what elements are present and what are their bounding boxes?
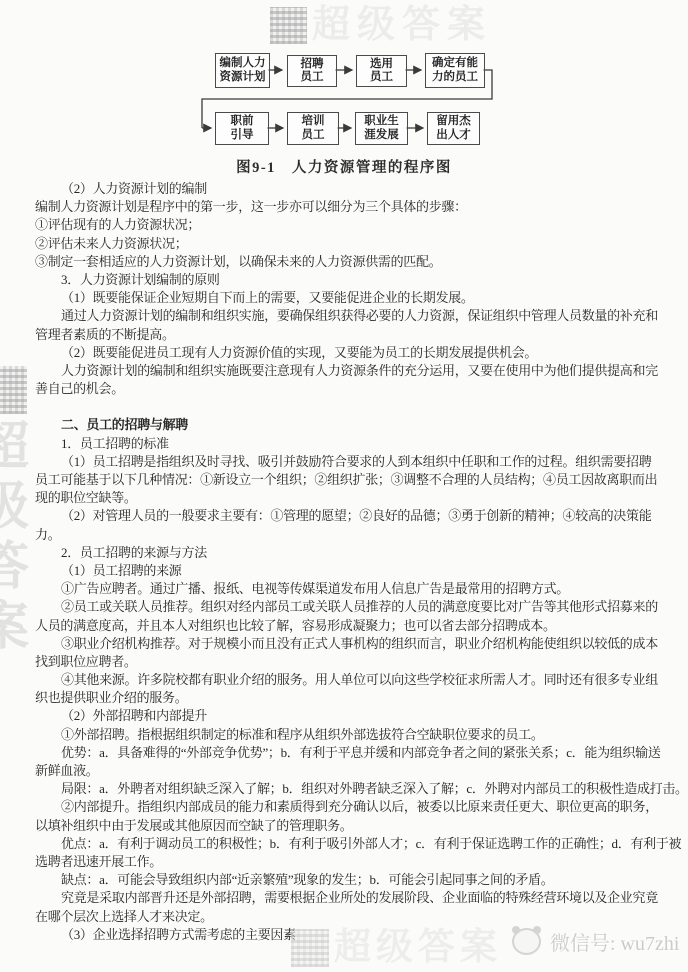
text-line: （2）既要能促进员工现有人力资源价值的实现，又要能为员工的长期发展提供机会。 — [35, 344, 663, 362]
text-line: ②内部提升。指组织内部成员的能力和素质得到充分确认以后，被委以比原来责任更大、职… — [35, 798, 663, 816]
text-line: 究竟是采取内部晋升还是外部招聘，需要根据企业所处的发展阶段、企业面临的特殊经营环… — [35, 889, 663, 907]
flow-box-select: 选用 员工 — [356, 55, 407, 87]
document-body: （2）人力资源计划的编制编制人力资源计划是程序中的第一步，这一步亦可以细分为三个… — [35, 180, 663, 944]
text-line: 新鲜血液。 — [35, 762, 663, 780]
text-line: 现的职位空缺等。 — [35, 489, 663, 507]
flow-box-career-dev: 职业生 涯发展 — [355, 112, 408, 145]
watermark-text: 超级答案 — [334, 928, 502, 968]
text-line: 选聘者迅速开展工作。 — [35, 853, 663, 871]
text-line: ③制定一套相适应的人力资源计划，以确保未来的人力资源供需的匹配。 — [35, 253, 663, 271]
text-line: 找到职位应聘者。 — [35, 653, 663, 671]
text-line: （1）员工招聘是指组织及时寻找、吸引并鼓励符合要求的人到本组织中任职和工作的过程… — [35, 453, 663, 471]
text-line: （2）外部招聘和内部提升 — [35, 707, 663, 725]
text-line: 2．员工招聘的来源与方法 — [35, 544, 663, 562]
flow-box-train: 培训 员工 — [287, 112, 339, 145]
watermark-left: 超级答案 — [0, 366, 32, 658]
flowchart-arrows — [0, 0, 688, 180]
text-line: 以填补组织中由于发展或其他原因而空缺了的管理职务。 — [35, 817, 663, 835]
text-line: 管理者素质的不断提高。 — [35, 326, 663, 344]
text-line: ③职业介绍机构推荐。对于规模小而且没有正式人事机构的组织而言，职业介绍机构能使组… — [35, 635, 663, 653]
text-line: 3．人力资源计划编制的原则 — [35, 271, 663, 289]
flow-box-recruit: 招聘 员工 — [287, 55, 337, 87]
text-line: 缺点：a．可能会导致组织内部“近亲繁殖”现象的发生；b．可能会引起同事之间的矛盾… — [35, 871, 663, 889]
text-line: （2）对管理人员的一般要求主要有：①管理的愿望；②良好的品德；③勇于创新的精神；… — [35, 507, 663, 525]
text-line: ①评估现有的人力资源状况； — [35, 216, 663, 234]
text-line: 人力资源计划的编制和组织实施既要注意现有人力资源条件的充分运用，又要在使用中为他… — [35, 362, 663, 380]
text-line: ①外部招聘。指根据组织制定的标准和程序从组织外部选拔符合空缺职位要求的员工。 — [35, 726, 663, 744]
text-line: 织也提供职业介绍的服务。 — [35, 689, 663, 707]
text-line: ②评估未来人力资源状况； — [35, 235, 663, 253]
figure-caption: 图9-1 人力资源管理的程序图 — [0, 156, 688, 177]
text-line: 通过人力资源计划的编制和组织实施，要确保组织获得必要的人力资源，保证组织中管理人… — [35, 307, 663, 325]
text-line: ④其他来源。许多院校都有职业介绍的服务。用人单位可以向这些学校征求所需人才。同时… — [35, 671, 663, 689]
flow-box-retain-talent: 留用杰 出人才 — [427, 112, 480, 145]
watermark-bottom: 超级答案 — [291, 928, 502, 968]
text-line: 优点：a．有利于调动员工的积极性；b．有利于吸引外部人才；c．有利于保证选聘工作… — [35, 835, 663, 853]
text-line: （1）既要能保证企业短期自下而上的需要，又要能促进企业的长期发展。 — [35, 289, 663, 307]
text-line: ②员工或关联人员推荐。组织对经内部员工或关联人员推荐的人员的满意度要比对广告等其… — [35, 598, 663, 616]
text-line: 在哪个层次上选择人才来决定。 — [35, 908, 663, 926]
wechat-logo-icon — [512, 928, 541, 955]
text-line: 二、员工的招聘与解聘 — [35, 416, 663, 434]
qr-code-icon — [291, 929, 329, 967]
text-line: 编制人力资源计划是程序中的第一步，这一步亦可以细分为三个具体的步骤： — [35, 198, 663, 216]
wechat-watermark: 微信号: wu7zhi — [512, 927, 679, 956]
scanned-document-page: 超级答案 超级答案 编制人力 资源计划 招聘 员工 选用 员工 确定有能 力的员… — [0, 0, 688, 972]
blank-line — [35, 398, 663, 416]
text-line: 人员的满意度高，并且本人对组织也比较了解，容易形成凝聚力；也可以省去部分招聘成本… — [35, 617, 663, 635]
flow-box-orientation: 职前 引导 — [215, 112, 269, 145]
text-line: 优势：a．具备难得的“外部竞争优势”；b．有利于平息并缓和内部竞争者之间的紧张关… — [35, 744, 663, 762]
wechat-id-text: 微信号: wu7zhi — [550, 927, 679, 956]
text-line: （1）员工招聘的来源 — [35, 562, 663, 580]
text-line: 善自己的机会。 — [35, 380, 663, 398]
text-line: 力。 — [35, 526, 663, 544]
text-line: 局限：a．外聘者对组织缺乏深入了解；b．组织对外聘者缺乏深入了解；c．外聘对内部… — [35, 780, 663, 798]
watermark-text: 超级答案 — [0, 418, 32, 658]
text-line: ①广告应聘者。通过广播、报纸、电视等传媒渠道发布用人信息广告是最常用的招聘方式。 — [35, 580, 663, 598]
text-line: （2）人力资源计划的编制 — [35, 180, 663, 198]
text-line: 员工可能基于以下几种情况：①新设立一个组织；②组织扩张；③调整不合理的人员结构；… — [35, 471, 663, 489]
flow-box-plan-hr: 编制人力 资源计划 — [215, 53, 270, 88]
text-line: 1．员工招聘的标准 — [35, 435, 663, 453]
flow-box-identify-capable: 确定有能 力的员工 — [425, 53, 485, 88]
qr-code-icon — [0, 366, 27, 414]
